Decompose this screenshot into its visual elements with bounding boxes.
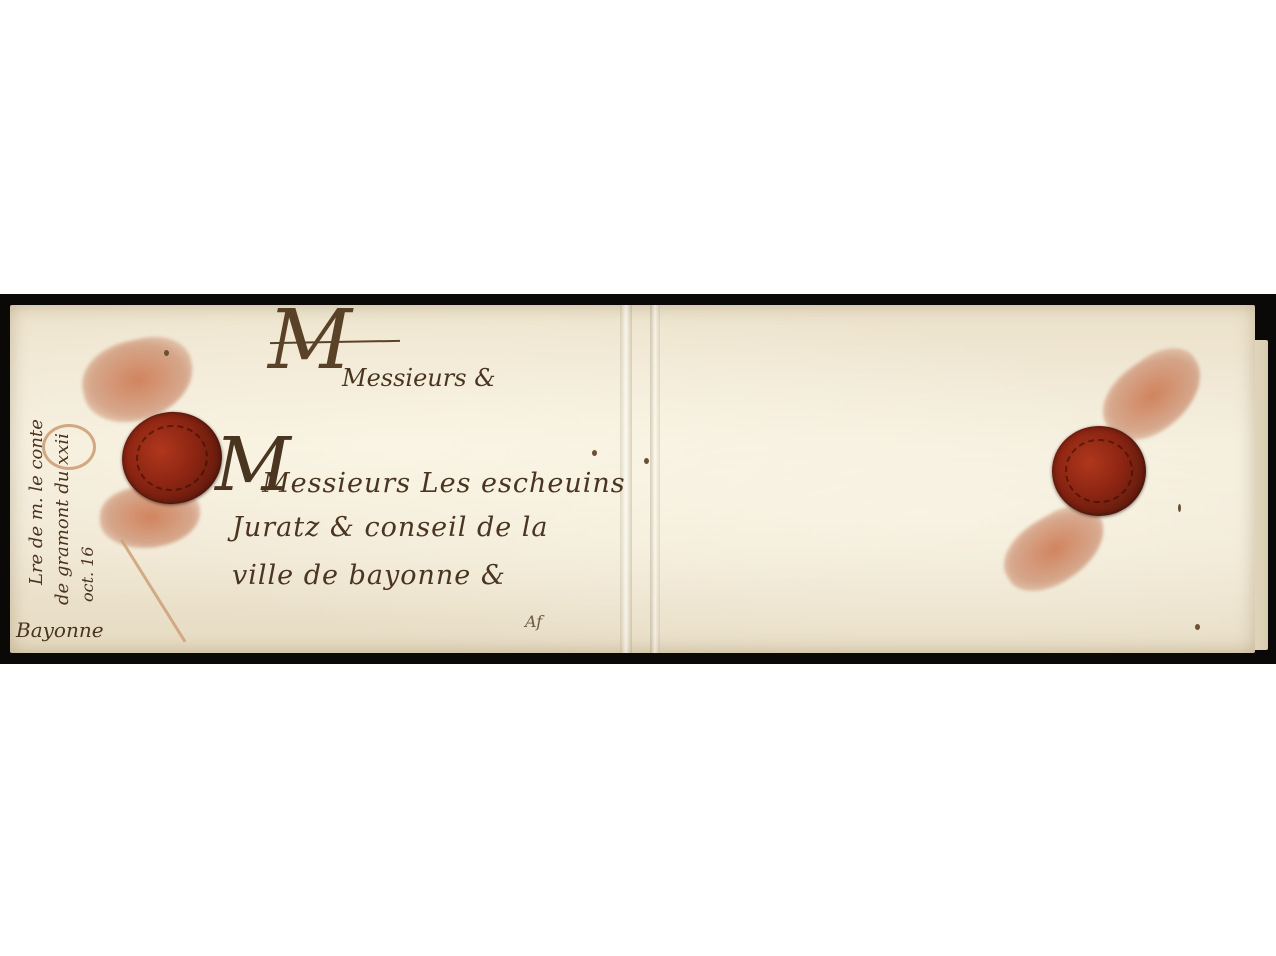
seal-impression	[1065, 439, 1133, 504]
wax-seal-right	[1052, 426, 1146, 516]
address-line-1: Messieurs &	[342, 364, 496, 392]
ink-speck	[592, 450, 597, 456]
ink-speck	[1178, 504, 1181, 512]
address-line-4-text: ville de bayonne	[232, 560, 471, 591]
string-loop	[42, 424, 96, 470]
docket-origin: Bayonne	[16, 618, 104, 642]
address-line-4-mark: &	[481, 560, 506, 591]
address-line-1-text: Messieurs	[342, 364, 467, 392]
address-line-4: ville de bayonne &	[232, 560, 506, 591]
address-line-2: Messieurs Les escheuins	[262, 468, 626, 499]
ink-speck	[164, 350, 169, 356]
address-line-3: Juratz & conseil de la	[232, 512, 549, 543]
fold-crease	[650, 305, 660, 653]
ink-speck	[644, 458, 649, 464]
docket-line: oct. 16	[78, 546, 97, 602]
address-line-1-mark: &	[474, 364, 495, 392]
seal-impression	[132, 420, 213, 496]
ink-speck	[1195, 624, 1200, 630]
clerk-initials: Af	[525, 612, 542, 631]
